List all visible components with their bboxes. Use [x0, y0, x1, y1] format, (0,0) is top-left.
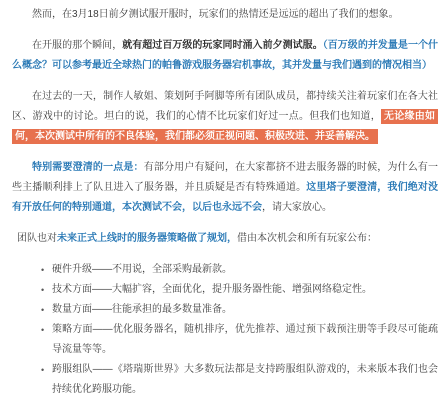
text-run-normal: 团队也对 [17, 233, 57, 244]
paragraph-3: 在过去的一天，制作人敏姐、策划阿手阿脚等所有团队成员，都持续关注着玩家们在各大社… [12, 87, 438, 147]
text-run-normal: 在开服的那个瞬间， [32, 40, 122, 51]
plan-item-1: 硬件升级——不用说，全部采购最新款。 [52, 260, 438, 280]
announcement-article: 然而，在3月18日前夕测试服开服时，玩家们的热情还是远远的超出了我们的想象。在开… [0, 0, 446, 400]
text-run-bold: 就有超过百万级的玩家同时涌入前夕测试服。 [122, 40, 323, 51]
text-run-normal: 然而，在3月18日前夕测试服开服时，玩家们的热情还是远远的超出了我们的想象。 [32, 9, 399, 20]
text-run-blue-bold: 特别需要澄清的一点是： [32, 162, 144, 173]
text-run-normal: ，请大家放心。 [262, 202, 332, 213]
plan-item-5: 跨服组队——《塔瑞斯世界》大多数玩法都是支持跨服组队游戏的，未来版本我们也会持续… [52, 360, 438, 400]
text-run-normal: 借由本次机会和所有玩家公布： [237, 233, 377, 244]
text-run-blue-bold: 未来正式上线时的服务器策略做了规划， [57, 233, 237, 244]
paragraph-5: 团队也对未来正式上线时的服务器策略做了规划，借由本次机会和所有玩家公布： [12, 229, 438, 249]
paragraph-4: 特别需要澄清的一点是：有部分用户有疑问，在大家都挤不进去服务器的时候，为什么有一… [12, 158, 438, 218]
paragraphs-container: 然而，在3月18日前夕测试服开服时，玩家们的热情还是远远的超出了我们的想象。在开… [12, 5, 438, 249]
plan-item-4: 策略方面——优化服务器名，随机排序，优先推荐、通过预下载预注册等手段尽可能疏导流… [52, 320, 438, 360]
paragraph-2: 在开服的那个瞬间，就有超过百万级的玩家同时涌入前夕测试服。（百万级的并发量是一个… [12, 36, 438, 76]
paragraph-1: 然而，在3月18日前夕测试服开服时，玩家们的热情还是远远的超出了我们的想象。 [12, 5, 438, 25]
plan-item-3: 数量方面——往能承担的最多数量准备。 [52, 300, 438, 320]
plan-item-2: 技术方面——大幅扩容，全面优化，提升服务器性能、增强网络稳定性。 [52, 280, 438, 300]
text-run-normal: 在过去的一天，制作人敏姐、策划阿手阿脚等所有团队成员，都持续关注着玩家们在各大社… [12, 91, 438, 122]
server-plan-list: 硬件升级——不用说，全部采购最新款。技术方面——大幅扩容，全面优化，提升服务器性… [12, 260, 438, 400]
